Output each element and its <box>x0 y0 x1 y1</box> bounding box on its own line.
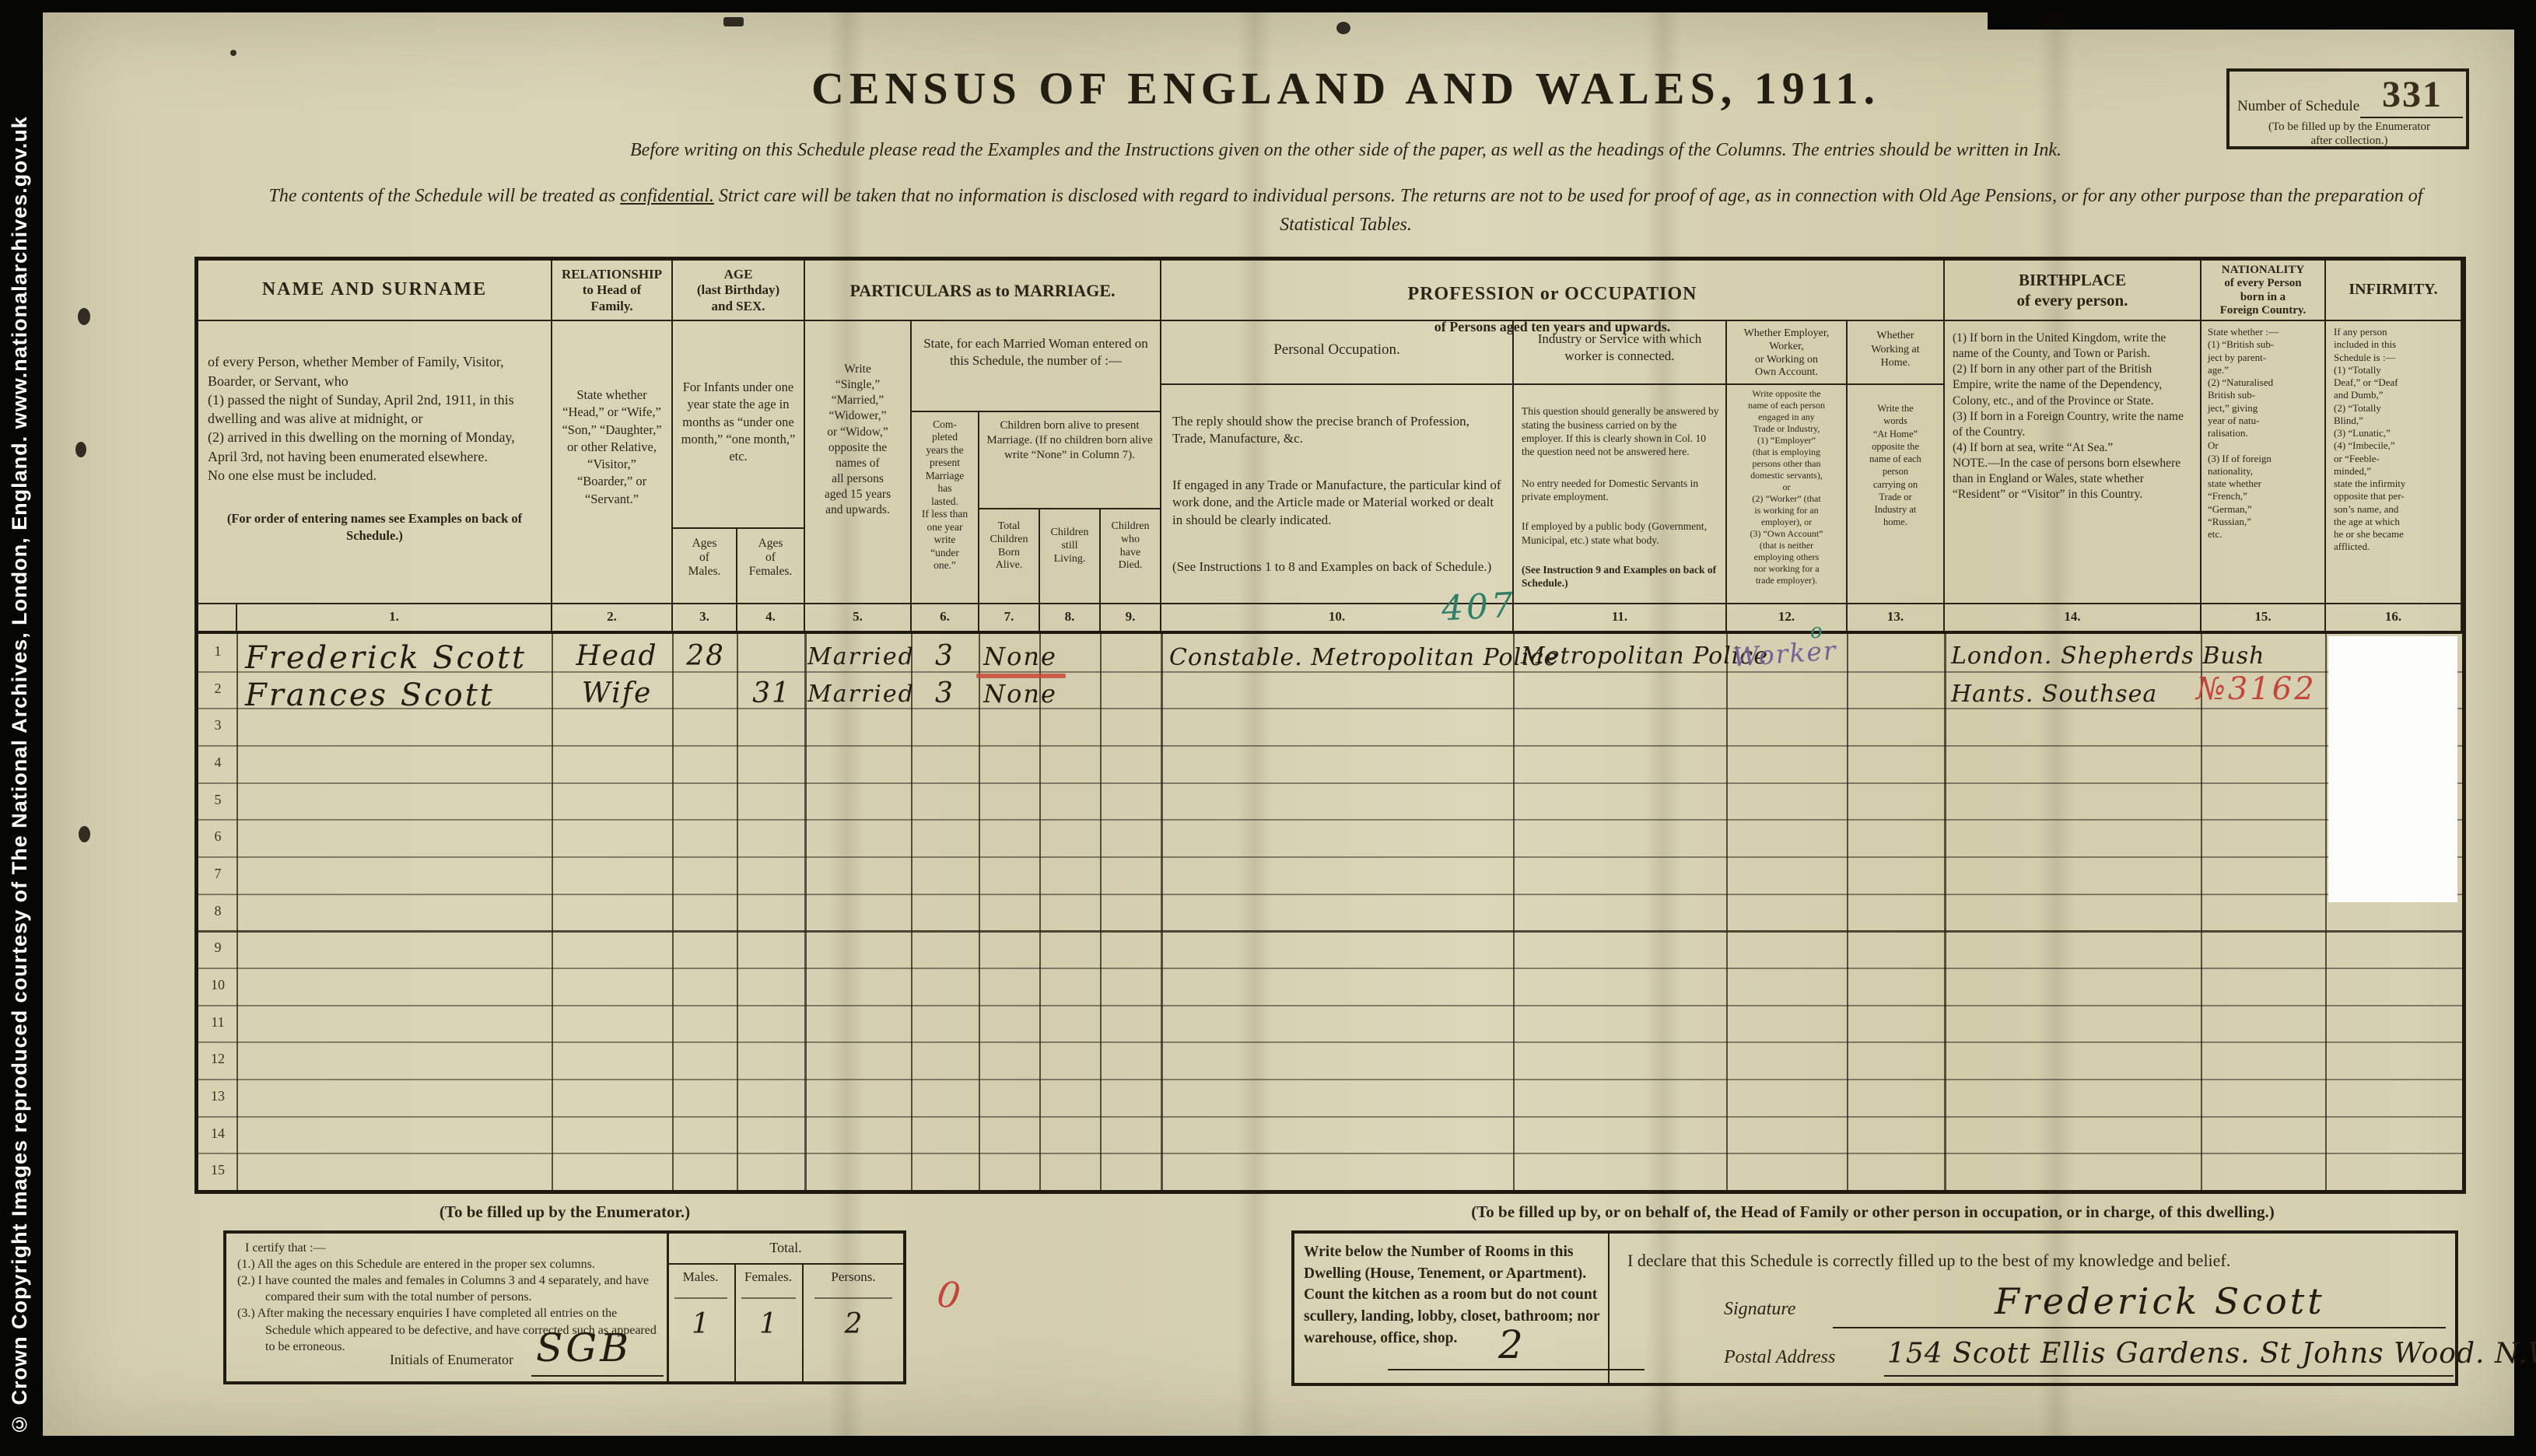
col-desc-ages-females: Ages of Females. <box>737 529 805 603</box>
col-desc-marriage-write: Write “Single,” “Married,” “Widower,” or… <box>805 321 912 603</box>
punch-hole <box>78 308 90 325</box>
column-number: 5. <box>805 604 912 631</box>
column-line <box>552 634 553 1190</box>
instruction-line-1: Before writing on this Schedule please r… <box>233 140 2458 161</box>
initials-handwriting: SGB <box>536 1325 632 1370</box>
row-number: 1 <box>198 643 237 660</box>
column-line <box>1944 634 1946 1190</box>
copyright-strip-text: © Crown Copyright Images reproduced cour… <box>8 20 32 1436</box>
schedule-number-note: (To be filled up by the Enumerator after… <box>2233 120 2466 148</box>
col-group-infirmity: INFIRMITY. <box>2326 261 2462 321</box>
col-group-relationship: RELATIONSHIP to Head of Family. <box>552 261 673 321</box>
row-number: 4 <box>198 754 237 771</box>
males-value: 1 <box>667 1308 734 1340</box>
entry-age-females-row2: 31 <box>741 677 803 709</box>
column-line <box>1513 634 1515 1190</box>
row-number: 13 <box>198 1088 237 1104</box>
col-desc-ages-males: Ages of Males. <box>673 529 737 603</box>
row-line <box>198 745 2462 747</box>
instruction-line-2: The contents of the Schedule will be tre… <box>233 182 2458 240</box>
column-number: 8. <box>1040 604 1101 631</box>
rooms-instruction: Write below the Number of Rooms in this … <box>1304 1241 1607 1349</box>
col-desc-relationship: State whether “Head,” or “Wife,” “Son,” … <box>552 321 673 603</box>
declaration-text: I declare that this Schedule is correctl… <box>1627 1251 2444 1271</box>
col-desc-infirmity: If any person included in this Schedule … <box>2326 321 2462 603</box>
rooms-value-handwriting: 2 <box>1498 1322 1525 1367</box>
col-desc-athome-title: Whether Working at Home. <box>1848 321 1945 385</box>
label-underline <box>674 1297 727 1299</box>
entry-relationship-row2: Wife <box>562 677 671 709</box>
occupation-desc-2: If engaged in any Trade or Manufacture, … <box>1172 477 1501 528</box>
household-section-title: (To be filled up by, or on behalf of, th… <box>1287 1202 2458 1222</box>
column-number: 1. <box>237 604 552 631</box>
column-line <box>672 634 674 1190</box>
entry-birthplace-row1: London. Shepherds Bush <box>1951 642 2265 670</box>
row-number: 12 <box>198 1051 237 1067</box>
row-line <box>198 671 2462 673</box>
column-number: 14. <box>1945 604 2201 631</box>
occupation-desc-1: The reply should show the precise branch… <box>1172 413 1501 447</box>
schedule-number-line <box>2360 117 2463 118</box>
confidential-word: confidential. <box>620 186 714 206</box>
entry-children-row2: None <box>979 679 1061 709</box>
females-label: Females. <box>734 1269 802 1285</box>
ink-speck <box>1336 22 1350 34</box>
col-desc-employer: Write opposite the name of each person e… <box>1727 385 1848 603</box>
row-number: 3 <box>198 717 237 733</box>
row-number: 6 <box>198 828 237 845</box>
row-number: 14 <box>198 1125 237 1142</box>
household-box: Write below the Number of Rooms in this … <box>1291 1230 2458 1386</box>
ink-speck <box>723 17 744 26</box>
column-number: 16. <box>2326 604 2462 631</box>
industry-desc-1: This question should generally be answer… <box>1522 404 1719 458</box>
col-desc-married-woman: State, for each Married Woman entered on… <box>912 321 1161 412</box>
address-line <box>1884 1375 2454 1377</box>
enumerator-box: I certify that :— (1.) All the ages on t… <box>223 1230 906 1384</box>
ink-speck <box>230 50 236 56</box>
signature-line <box>1833 1327 2446 1328</box>
profession-title: PROFESSION or OCCUPATION <box>1161 284 1943 305</box>
entry-birthplace-row2: Hants. Southsea <box>1951 681 2157 708</box>
name-desc-main: of every Person, whether Member of Famil… <box>208 352 541 485</box>
row-number: 11 <box>198 1014 237 1031</box>
column-number: 13. <box>1848 604 1945 631</box>
schedule-number-value: 331 <box>2382 73 2443 116</box>
column-line <box>979 634 980 1190</box>
col-desc-children-died: Children who have Died. <box>1101 509 1161 603</box>
column-line <box>911 634 912 1190</box>
entry-relationship-row1: Head <box>562 640 671 672</box>
row-line <box>198 1079 2462 1080</box>
white-patch-overlay <box>2328 636 2457 902</box>
signature-handwriting: Frederick Scott <box>1995 1280 2325 1322</box>
column-line <box>1847 634 1848 1190</box>
row-line <box>198 819 2462 821</box>
entry-name-row2: Frances Scott <box>245 677 495 713</box>
females-value: 1 <box>734 1308 802 1340</box>
col-desc-industry: This question should generally be answer… <box>1514 385 1727 603</box>
col-group-marriage: PARTICULARS as to MARRIAGE. <box>805 261 1161 321</box>
row-line <box>198 968 2462 969</box>
column-line <box>804 634 807 1190</box>
col-desc-nationality: State whether :— (1) “British sub- ject … <box>2201 321 2326 603</box>
col-desc-employer-title: Whether Employer, Worker, or Working on … <box>1727 321 1848 385</box>
col-desc-birthplace: (1) If born in the United Kingdom, write… <box>1945 321 2201 603</box>
column-number: 3. <box>673 604 737 631</box>
column-line <box>1100 634 1102 1190</box>
industry-desc-3: If employed by a public body (Government… <box>1522 520 1719 547</box>
col-group-profession: PROFESSION or OCCUPATION of Persons aged… <box>1161 261 1945 321</box>
col-desc-personal-occupation: Personal Occupation. <box>1161 321 1514 385</box>
page-title: CENSUS OF ENGLAND AND WALES, 1911. <box>412 62 2279 114</box>
confidential-post: Strict care will be taken that no inform… <box>714 186 2423 235</box>
column-number: 6. <box>912 604 979 631</box>
schedule-number-label: Number of Schedule <box>2237 98 2359 115</box>
column-line <box>1726 634 1728 1190</box>
household-divider <box>1608 1234 1610 1383</box>
column-line <box>1161 634 1163 1190</box>
col-desc-total-children: Total Children Born Alive. <box>979 509 1040 603</box>
col-desc-age-infants: For Infants under one year state the age… <box>673 321 805 529</box>
schedule-number-box: Number of Schedule 331 (To be filled up … <box>2226 68 2469 149</box>
column-number: 11. <box>1514 604 1727 631</box>
confidential-pre: The contents of the Schedule will be tre… <box>269 186 621 206</box>
persons-label: Persons. <box>802 1269 905 1285</box>
red-underline-mark <box>976 674 1066 678</box>
col-desc-completed-years: Com- pleted years the present Marriage h… <box>912 412 979 603</box>
green-code-annotation: 407 <box>1441 586 1518 629</box>
persons-value: 2 <box>802 1308 905 1340</box>
industry-desc-2: No entry needed for Domestic Servants in… <box>1522 477 1719 504</box>
col-desc-children-living: Children still Living. <box>1040 509 1101 603</box>
row-number: 10 <box>198 977 237 993</box>
punch-hole <box>75 442 86 457</box>
col-group-name: NAME AND SURNAME <box>198 261 552 321</box>
certify-item-1: (1.) All the ages on this Schedule are e… <box>237 1256 661 1272</box>
address-handwriting: 154 Scott Ellis Gardens. St Johns Wood. … <box>1887 1338 2536 1370</box>
certify-intro: I certify that :— <box>237 1240 661 1256</box>
row-number: 8 <box>198 903 237 919</box>
entry-marriage-row1: Married <box>807 643 910 670</box>
col-desc-name: of every Person, whether Member of Famil… <box>198 321 552 603</box>
row-line <box>198 894 2462 895</box>
occupation-desc-3: (See Instructions 1 to 8 and Examples on… <box>1172 558 1501 576</box>
census-table: NAME AND SURNAME RELATIONSHIP to Head of… <box>194 257 2466 1194</box>
row-line <box>198 1153 2462 1154</box>
column-number: 15. <box>2201 604 2326 631</box>
industry-desc-4: (See Instruction 9 and Examples on back … <box>1522 563 1719 590</box>
entry-years-married-row2: 3 <box>912 677 978 709</box>
entry-marriage-row2: Married <box>807 681 910 708</box>
signature-label: Signature <box>1724 1299 1795 1320</box>
row-line <box>198 1116 2462 1118</box>
entry-age-males-row1: 28 <box>674 640 737 672</box>
column-line <box>737 634 738 1190</box>
initials-line <box>531 1375 664 1377</box>
row-line <box>198 708 2462 709</box>
row-number: 5 <box>198 792 237 808</box>
row-line <box>198 856 2462 858</box>
green-mark: o <box>1810 620 1824 643</box>
column-line <box>2325 634 2327 1190</box>
row-number: 9 <box>198 940 237 956</box>
column-line <box>1039 634 1041 1190</box>
row-line <box>198 930 2462 933</box>
col-desc-occupation: The reply should show the precise branch… <box>1161 385 1514 603</box>
col-group-nationality: NATIONALITY of every Person born in a Fo… <box>2201 261 2326 321</box>
totals-header-line <box>667 1263 905 1265</box>
column-line <box>2201 634 2202 1190</box>
rooms-line <box>1388 1369 1645 1370</box>
entry-occupation-row1: Constable. Metropolitan Police <box>1169 644 1558 671</box>
column-number: 4. <box>737 604 805 631</box>
row-line <box>198 1041 2462 1043</box>
total-label: Total. <box>667 1240 905 1256</box>
row-number-column-head <box>198 604 237 631</box>
col-desc-industry-title: Industry or Service with which worker is… <box>1514 321 1727 385</box>
col-desc-children-born: Children born alive to present Marriage.… <box>979 412 1161 509</box>
entry-years-married-row1: 3 <box>912 640 978 672</box>
column-number: 7. <box>979 604 1040 631</box>
entry-name-row1: Frederick Scott <box>245 640 527 676</box>
column-number: 9. <box>1101 604 1161 631</box>
enumerator-section-title: (To be filled up by the Enumerator.) <box>223 1202 906 1222</box>
census-scan-page: © Crown Copyright Images reproduced cour… <box>0 0 2536 1456</box>
initials-label: Initials of Enumerator <box>390 1352 513 1368</box>
row-number: 15 <box>198 1162 237 1178</box>
col-desc-athome: Write the words “At Home” opposite the n… <box>1848 385 1945 603</box>
certify-item-2: (2.) I have counted the males and female… <box>237 1272 661 1305</box>
males-label: Males. <box>667 1269 734 1285</box>
row-number: 7 <box>198 866 237 882</box>
red-reference-number: №3162 <box>2196 671 2317 707</box>
col-group-age: AGE (last Birthday) and SEX. <box>673 261 805 321</box>
address-label: Postal Address <box>1724 1347 1835 1368</box>
name-desc-note: (For order of entering names see Example… <box>208 510 541 545</box>
column-number-strip: 1.2.3.4.5.6.7.8.9.10.11.12.13.14.15.16. <box>198 603 2462 634</box>
row-line <box>198 782 2462 784</box>
label-underline <box>741 1297 796 1299</box>
column-number: 12. <box>1727 604 1848 631</box>
label-underline <box>814 1297 892 1299</box>
col-group-birthplace: BIRTHPLACE of every person. <box>1945 261 2201 321</box>
entry-children-row1: None <box>979 642 1061 671</box>
row-number: 2 <box>198 681 237 697</box>
punch-hole <box>79 826 90 842</box>
column-number: 2. <box>552 604 673 631</box>
row-line <box>198 1005 2462 1006</box>
